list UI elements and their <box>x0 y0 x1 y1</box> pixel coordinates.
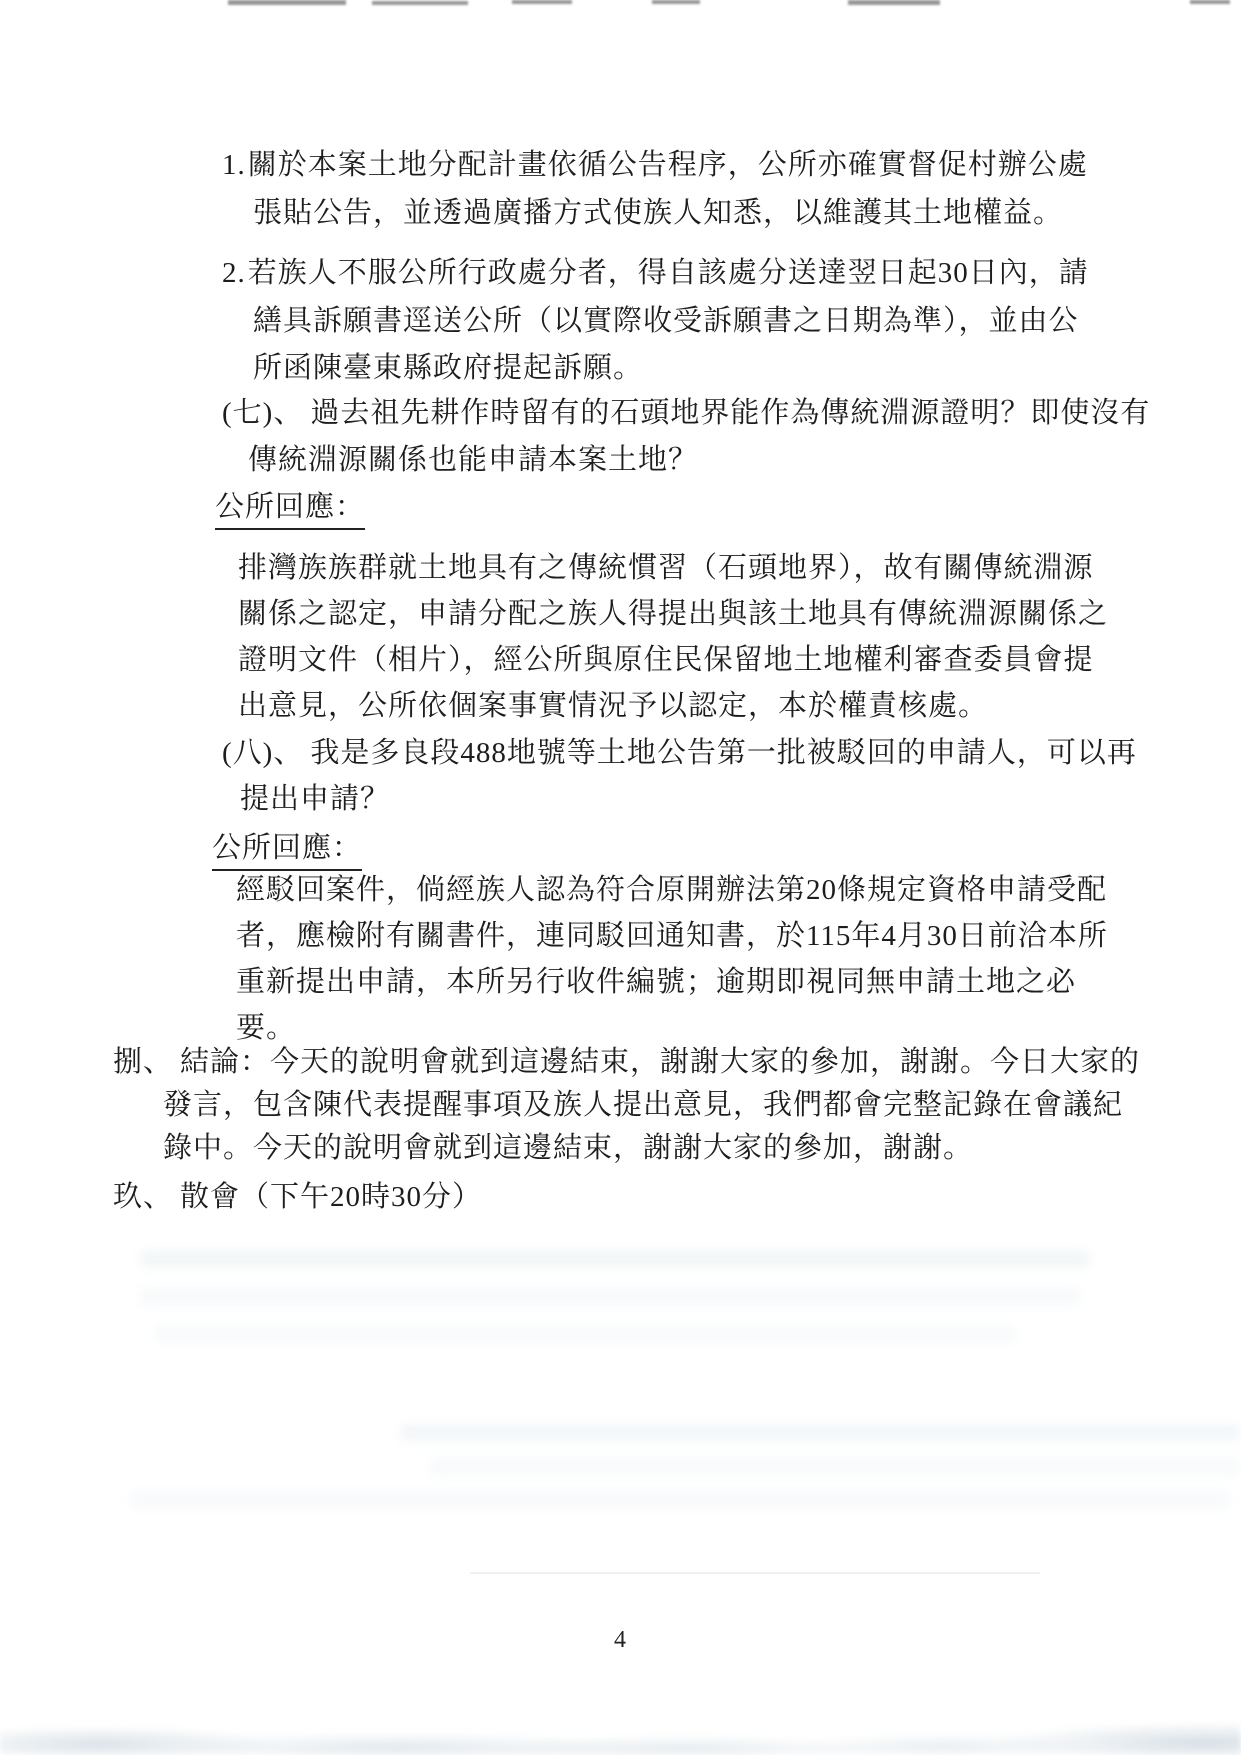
section-8-text: 結論：今天的說明會就到這邊結束，謝謝大家的參加，謝謝。今日大家的 <box>180 1046 1140 1078</box>
response-heading-8: 公所回應： <box>212 833 362 871</box>
response-heading-text: 公所回應： <box>215 492 365 530</box>
response-8-line-2: 者，應檢附有關書件，連同駁回通知書，於115年4月30日前洽本所 <box>236 921 1108 952</box>
response-7-line-2: 關係之認定，申請分配之族人得提出與該土地具有傳統淵源關係之 <box>238 599 1108 630</box>
response-7-line-3: 證明文件（相片），經公所與原住民保留地土地權利審查委員會提 <box>238 645 1094 676</box>
scan-bottom-shadow <box>0 1694 1241 1755</box>
response-8-line-1: 經駁回案件，倘經族人認為符合原開辦法第20條規定資格申請受配 <box>236 875 1107 906</box>
section-9-marker: 玖、 <box>113 1182 173 1213</box>
scan-edge-noise <box>372 1 468 5</box>
question-8-text: 我是多良段488地號等土地公告第一批被駁回的申請人，可以再 <box>310 737 1137 769</box>
sub-item-1-line-2: 張貼公告，並透過廣播方式使族人知悉，以維護其土地權益。 <box>253 198 1063 229</box>
question-8-line-2: 提出申請？ <box>240 784 390 815</box>
sub-item-2-line-1: 2.若族人不服公所行政處分者，得自該處分送達翌日起30日內，請 <box>222 258 1089 289</box>
scanned-meeting-minutes-page: 1.關於本案土地分配計畫依循公告程序，公所亦確實督促村辦公處 張貼公告，並透過廣… <box>0 0 1241 1755</box>
bleed-through-smudge <box>400 1424 1240 1441</box>
response-7-line-4: 出意見，公所依個案事實情況予以認定，本於權責核處。 <box>238 691 988 722</box>
bleed-through-smudge <box>430 1458 1240 1475</box>
question-7-line-1: (七)、過去祖先耕作時留有的石頭地界能作為傳統淵源證明？即使沒有 <box>222 398 1150 429</box>
scan-edge-noise <box>848 0 940 5</box>
section-8-marker: 捌、 <box>113 1047 173 1078</box>
scan-edge-noise <box>652 0 700 4</box>
section-8-line-1: 捌、結論：今天的說明會就到這邊結束，謝謝大家的參加，謝謝。今日大家的 <box>113 1047 1140 1078</box>
response-heading-text: 公所回應： <box>212 833 362 871</box>
section-8-line-2: 發言，包含陳代表提醒事項及族人提出意見，我們都會完整記錄在會議紀 <box>163 1090 1123 1121</box>
response-8-line-3: 重新提出申請，本所另行收件編號；逾期即視同無申請土地之必 <box>236 967 1076 998</box>
scan-edge-noise <box>512 0 572 4</box>
list-number: 2. <box>222 258 246 289</box>
sub-item-1-text: 關於本案土地分配計畫依循公告程序，公所亦確實督促村辦公處 <box>248 149 1088 181</box>
response-8-line-4: 要。 <box>236 1013 296 1044</box>
question-8-marker: (八)、 <box>222 738 303 769</box>
page-number: 4 <box>595 1627 645 1654</box>
bleed-through-smudge <box>155 1326 1015 1342</box>
sub-item-2-text: 若族人不服公所行政處分者，得自該處分送達翌日起30日內，請 <box>248 257 1089 289</box>
scan-edge-noise <box>1190 0 1230 4</box>
scan-artifact-line <box>470 1572 1040 1574</box>
sub-item-1-line-1: 1.關於本案土地分配計畫依循公告程序，公所亦確實督促村辦公處 <box>222 150 1088 181</box>
question-7-text: 過去祖先耕作時留有的石頭地界能作為傳統淵源證明？即使沒有 <box>310 397 1150 429</box>
response-7-line-1: 排灣族族群就土地具有之傳統慣習（石頭地界），故有關傳統淵源 <box>238 553 1094 584</box>
question-7-line-2: 傳統淵源關係也能申請本案土地？ <box>248 445 698 476</box>
question-8-line-1: (八)、我是多良段488地號等土地公告第一批被駁回的申請人，可以再 <box>222 738 1137 769</box>
sub-item-2-line-3: 所函陳臺東縣政府提起訴願。 <box>253 353 643 384</box>
sub-item-2-line-2: 繕具訴願書逕送公所（以實際收受訴願書之日期為準），並由公 <box>253 306 1079 337</box>
bleed-through-smudge <box>140 1288 1080 1305</box>
response-heading-7: 公所回應： <box>215 492 365 530</box>
bleed-through-smudge <box>130 1492 1230 1508</box>
bleed-through-smudge <box>140 1250 1090 1268</box>
section-8-line-3: 錄中。今天的說明會就到這邊結束，謝謝大家的參加，謝謝。 <box>163 1133 973 1164</box>
section-9-line: 玖、散會（下午20時30分） <box>113 1182 482 1213</box>
question-7-marker: (七)、 <box>222 398 303 429</box>
scan-edge-noise <box>228 0 346 5</box>
section-9-text: 散會（下午20時30分） <box>180 1181 482 1213</box>
list-number: 1. <box>222 150 246 181</box>
